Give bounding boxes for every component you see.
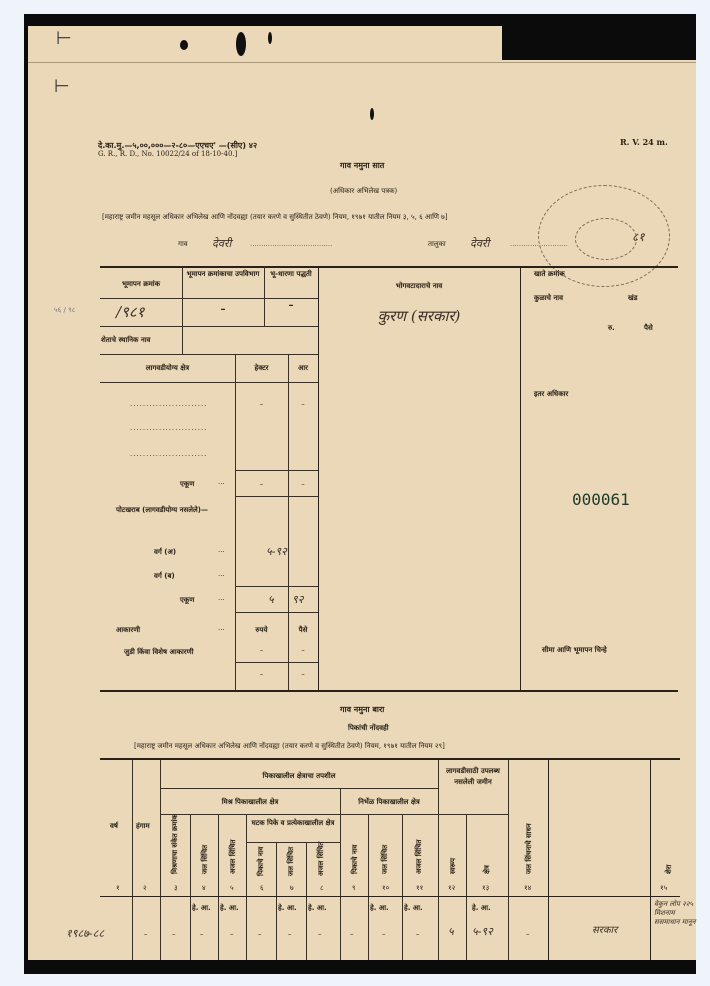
col-crop-name: पिकाचे नाव	[256, 846, 265, 876]
cultivable-row: ........................	[130, 400, 207, 408]
pk-total-label: एकूण	[180, 596, 194, 605]
ink-blot	[268, 32, 272, 44]
col-num: ९	[352, 884, 356, 893]
are-label: आर	[288, 364, 318, 373]
col-num: ५	[230, 884, 234, 893]
class-a-value: ५-९२	[266, 544, 287, 559]
other-rights-label: इतर अधिकार	[534, 390, 568, 399]
judi-paise: –	[288, 646, 318, 654]
village-label: गाव	[178, 240, 188, 249]
last-paise: –	[288, 670, 318, 678]
village-value: देवरी	[212, 236, 231, 251]
cultivable-row-hectare: –	[235, 400, 288, 408]
leader-dots: ···	[218, 480, 225, 488]
registration-mark: ⊢	[56, 28, 72, 49]
unit-label: हे. आ.	[472, 904, 491, 913]
local-name-label: शेताचे स्थानिक नाव	[101, 336, 150, 345]
group-uncultivable: लागवडीसाठी उपलब्ध नसलेली जमीन	[438, 766, 508, 788]
scan-border-bottom	[24, 960, 696, 974]
col-mix-code: मिश्रणाचा संकेत क्रमांक	[170, 822, 179, 874]
ink-blot	[370, 108, 374, 120]
leader-dots: ···	[218, 548, 225, 556]
col-irrigation-source: जल सिंचनाचे साधन	[524, 790, 533, 874]
rupees-label: रु.	[608, 324, 615, 333]
total-are: –	[288, 480, 318, 488]
row-year: १९८७-८८	[66, 926, 104, 941]
office-stamp-inner	[575, 218, 637, 260]
stamp-number: ८१	[632, 228, 644, 245]
form7-rule-text: [महाराष्ट्र जमीन महसूल अधिकार अभिलेख आणि…	[102, 213, 448, 222]
cultivable-row-are: –	[288, 400, 318, 408]
gr-line: G. R., R. D., No. 10022/24 of 18-10-40.]	[98, 150, 237, 158]
col-num: १३	[482, 884, 489, 893]
serial-stamp: 000061	[572, 490, 630, 509]
row-cell: –	[318, 930, 322, 938]
paise2-label: पैसे	[288, 626, 318, 635]
total-hectare: –	[235, 480, 288, 488]
col-num: ३	[174, 884, 178, 893]
group-mixed: मिश्र पिकाखालील क्षेत्र	[160, 798, 340, 807]
group-component: घटक पिके व प्रत्येकाखालील क्षेत्र	[246, 818, 340, 828]
row-cell: –	[288, 930, 292, 938]
row-cell: –	[416, 930, 420, 938]
tenant-value: खंड	[628, 294, 637, 303]
col-num: १२	[448, 884, 455, 893]
leader-dots: ···	[218, 626, 225, 634]
cultivable-label: लागवडीयोग्य क्षेत्र	[100, 364, 235, 373]
ink-blot	[236, 32, 246, 56]
scan-border-left	[24, 14, 28, 974]
leader-dots: ···	[218, 572, 225, 580]
unit-label: हे. आ.	[192, 904, 211, 913]
col-survey-no: भूमापन क्रमांक	[100, 280, 182, 289]
cultivable-row: ........................	[130, 450, 207, 458]
paise-label: पैसे	[644, 324, 653, 333]
form12-subtitle: पिकांची नोंदवही	[348, 724, 389, 733]
taluka-label: तालुका	[428, 240, 446, 249]
row-cell: –	[350, 930, 354, 938]
tenant-label: कुळाचे नाव	[534, 294, 563, 303]
last-rupees: –	[235, 670, 288, 678]
form-code: R. V. 24 m.	[620, 137, 668, 147]
survey-no-value: /९८१	[116, 302, 144, 322]
col-num: ८	[320, 884, 324, 893]
taluka-value: देवरी	[470, 236, 489, 251]
registration-mark: ⊢	[54, 76, 70, 97]
occupant-label: भोगवटादाराचे नाव	[318, 282, 520, 291]
row-remark: वेकुन लोप २२५ मिशनाम ससमाधान मानून	[654, 900, 696, 927]
row-area: ५-९२	[472, 924, 493, 939]
row-cell: –	[230, 930, 234, 938]
col-pure-irrigated: जल सिंचित	[380, 822, 389, 874]
col-num: ४	[202, 884, 206, 893]
ink-blot	[180, 40, 188, 50]
group-pure: निर्भेळ पिकाखालील क्षेत्र	[340, 798, 438, 807]
tenure-value: –	[264, 300, 318, 311]
judi-label: जुडी किंवा विशेष आकारणी	[124, 648, 194, 657]
col-area: क्षेत्र	[482, 840, 491, 874]
leader-dots: ···	[218, 596, 225, 604]
cultivable-row: ........................	[130, 424, 207, 432]
col-unirrigated: अजल सिंचित	[228, 822, 237, 874]
col-num: १४	[524, 884, 531, 893]
assessment-label: आकारणी	[116, 626, 140, 635]
form7-subtitle: (अधिकार अभिलेख पत्रक)	[330, 187, 397, 196]
account-no-label: खाते क्रमांक	[534, 270, 565, 279]
group-crop-area: पिकाखालील क्षेत्राचा तपशील	[160, 772, 438, 781]
col-num: ७	[290, 884, 294, 893]
fold-line	[28, 62, 696, 63]
col-comp-unirrigated: अजल सिंचित	[316, 846, 325, 876]
row-cell: –	[526, 930, 530, 938]
col-num: १०	[382, 884, 389, 893]
col-comp-irrigated: जल सिंचित	[286, 846, 295, 876]
col-num: १५	[660, 884, 667, 893]
unit-label: हे. आ.	[370, 904, 389, 913]
col-num: ११	[416, 884, 423, 893]
subdivision-value: –	[182, 304, 264, 315]
col-year: वर्ष	[110, 822, 118, 831]
col-nature: स्वरूप	[448, 840, 457, 874]
boundary-label: सीमा आणि भूमापन चिन्हे	[542, 646, 607, 655]
hectare-label: हेक्टर	[235, 364, 288, 373]
row-cell: –	[172, 930, 176, 938]
col-num: १	[116, 884, 120, 893]
col-subdivision: भूमापन क्रमांकाचा उपविभाग	[182, 270, 264, 279]
form7-title: गाव नमुना सात	[340, 160, 384, 171]
class-b-label: वर्ग (ब)	[154, 572, 175, 581]
col-remarks: शेरा	[664, 850, 673, 874]
col-pure-unirrigated: अजल सिंचित	[414, 822, 423, 874]
row-govt: सरकार	[592, 922, 617, 936]
form12-title: गाव नमुना बारा	[340, 704, 384, 715]
unit-label: हे. आ.	[404, 904, 423, 913]
row-cell: –	[200, 930, 204, 938]
row-cell: –	[258, 930, 262, 938]
class-a-label: वर्ग (अ)	[154, 548, 176, 557]
col-pure-crop-name: पिकाचे नाव	[350, 822, 359, 874]
col-season: हंगाम	[136, 822, 150, 831]
pk-total-are: ९२	[292, 592, 303, 607]
col-tenure: भू-धारणा पद्धती	[264, 270, 318, 279]
row-nature: ५	[448, 924, 454, 939]
pot-kharab-label: पोटखराब (लागवडीयोग्य नसलेले)—	[116, 504, 231, 516]
scan-border-top-right	[502, 14, 696, 60]
margin-note: ५६ / ९८	[54, 306, 75, 315]
unit-label: हे. आ.	[308, 904, 327, 913]
col-num: २	[143, 884, 147, 893]
village-dots: .....................................	[250, 240, 332, 248]
row-cell: –	[144, 930, 148, 938]
row-cell: –	[382, 930, 386, 938]
pk-total-hectare: ५	[268, 592, 274, 607]
occupant-value: कुरण (सरकार)	[318, 306, 520, 326]
form12-rule-text: [महाराष्ट्र जमीन महसूल अधिकार अभिलेख आणि…	[134, 742, 445, 751]
col-irrigated: जल सिंचित	[200, 822, 209, 874]
col-num: ६	[260, 884, 264, 893]
unit-label: हे. आ.	[278, 904, 297, 913]
total-label: एकूण	[180, 480, 194, 489]
unit-label: हे. आ.	[220, 904, 239, 913]
rupaye-label: रुपये	[235, 626, 288, 635]
judi-rupees: –	[235, 646, 288, 654]
